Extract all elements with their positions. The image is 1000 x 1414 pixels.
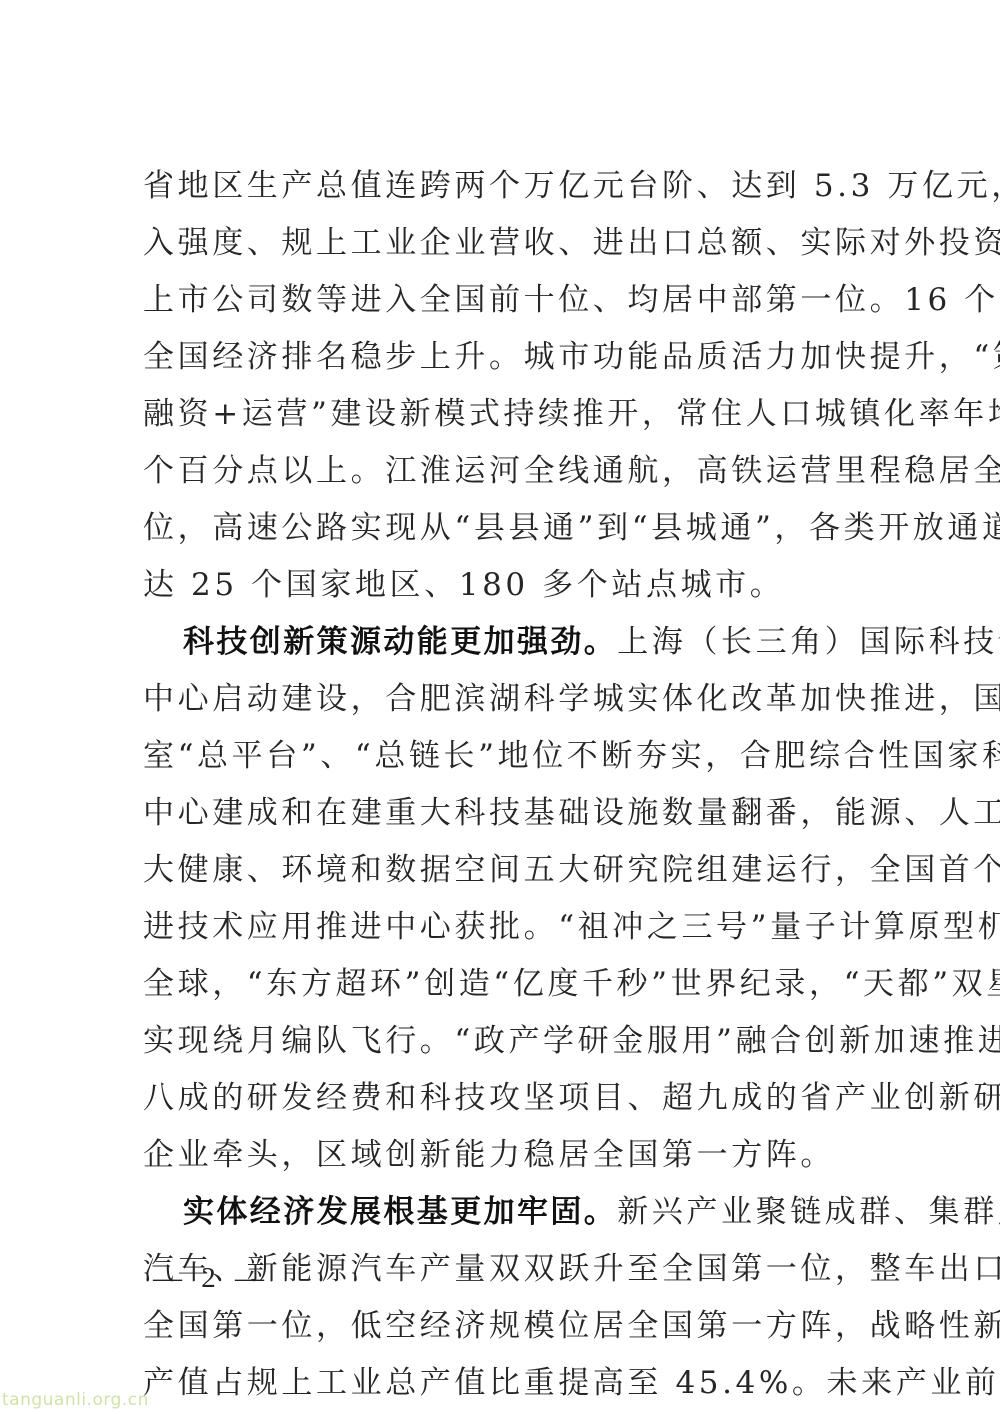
- paragraph-2-line-1: 科技创新策源动能更加强劲。上海（长三角）国际科技创新: [143, 616, 883, 673]
- paragraph-3-lead-text: 新兴产业聚链成群、集群成势，: [617, 1194, 1000, 1230]
- paragraph-2-line-3: 室“总平台”、“总链长”地位不断夯实，合肥综合性国家科学: [143, 730, 883, 787]
- paragraph-1-line-3: 上市公司数等进入全国前十位、均居中部第一位。16 个省辖市在: [143, 274, 883, 331]
- watermark: tanguanli.org.cn: [2, 1390, 149, 1410]
- paragraph-1-line-7: 位，高速公路实现从“县县通”到“县城通”，各类开放通道直: [143, 502, 883, 559]
- paragraph-2-line-4: 中心建成和在建重大科技基础设施数量翻番，能源、人工智能、: [143, 787, 883, 844]
- paragraph-2-heading: 科技创新策源动能更加强劲。: [183, 624, 617, 660]
- document-page: 省地区生产总值连跨两个万亿元台阶、达到 5.3 万亿元，研发投 入强度、规上工业…: [0, 0, 1000, 1414]
- paragraph-1-line-5: 融资+运营”建设新模式持续推开，常住人口城镇化率年均提高 1: [143, 388, 883, 445]
- paragraph-1-line-1: 省地区生产总值连跨两个万亿元台阶、达到 5.3 万亿元，研发投: [143, 160, 883, 217]
- body-text: 省地区生产总值连跨两个万亿元台阶、达到 5.3 万亿元，研发投 入强度、规上工业…: [143, 160, 883, 1414]
- paragraph-3-line-4: 产值占规上工业总产值比重提高至 45.4%。未来产业前瞻布局，: [143, 1357, 883, 1414]
- paragraph-3-line-1: 实体经济发展根基更加牢固。新兴产业聚链成群、集群成势，: [143, 1186, 883, 1243]
- paragraph-2-line-7: 全球，“东方超环”创造“亿度千秒”世界纪录，“天都”双星: [143, 958, 883, 1015]
- paragraph-3-heading: 实体经济发展根基更加牢固。: [183, 1194, 617, 1230]
- paragraph-1-line-4: 全国经济排名稳步上升。城市功能品质活力加快提升，“策划+: [143, 331, 883, 388]
- paragraph-2-line-9: 八成的研发经费和科技攻坚项目、超九成的省产业创新研究院由: [143, 1072, 883, 1129]
- paragraph-2-line-5: 大健康、环境和数据空间五大研究院组建运行，全国首个国际先: [143, 844, 883, 901]
- paragraph-1-line-6: 个百分点以上。江淮运河全线通航，高铁运营里程稳居全国前三: [143, 445, 883, 502]
- paragraph-1-line-2: 入强度、规上工业企业营收、进出口总额、实际对外投资、境内: [143, 217, 883, 274]
- paragraph-3-line-3: 全国第一位，低空经济规模位居全国第一方阵，战略性新兴产业: [143, 1300, 883, 1357]
- paragraph-1-line-8: 达 25 个国家地区、180 多个站点城市。: [143, 559, 883, 616]
- paragraph-2-line-10: 企业牵头，区域创新能力稳居全国第一方阵。: [143, 1129, 883, 1186]
- page-number: — 2 —: [153, 1262, 270, 1295]
- paragraph-2-line-6: 进技术应用推进中心获批。“祖冲之三号”量子计算原型机领跑: [143, 901, 883, 958]
- paragraph-2-lead-text: 上海（长三角）国际科技创新: [617, 624, 1000, 660]
- paragraph-2-line-8: 实现绕月编队飞行。“政产学研金服用”融合创新加速推进，超: [143, 1015, 883, 1072]
- paragraph-2-line-2: 中心启动建设，合肥滨湖科学城实体化改革加快推进，国家实验: [143, 673, 883, 730]
